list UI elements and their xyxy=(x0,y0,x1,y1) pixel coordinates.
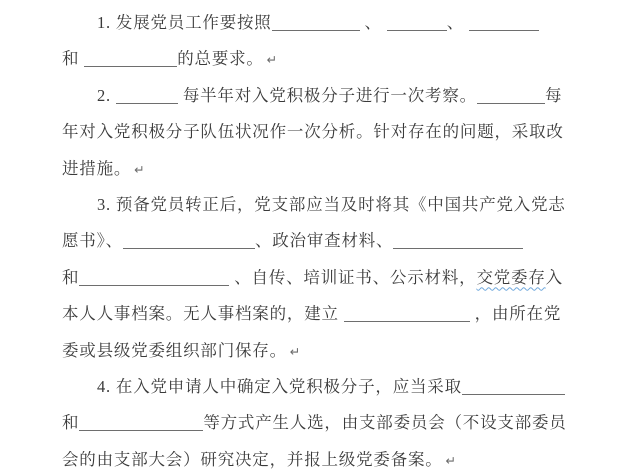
text-run: 会的由支部大会）研究决定，并报上级党委备案。 xyxy=(62,450,443,469)
document-line: 进措施。↵ xyxy=(62,151,564,187)
text-run: 和 xyxy=(62,49,84,68)
text-run: 等方式产生人选，由支部委员会（不设支部委员 xyxy=(203,413,566,432)
text-run: 和 xyxy=(62,268,79,287)
paragraph-mark-icon: ↵ xyxy=(290,344,300,359)
text-run: 4. 在入党申请人中确定入党积极分子，应当采取 xyxy=(97,377,462,396)
paragraph-mark-icon: ↵ xyxy=(267,52,277,67)
text-run: 、政治审查材料、 xyxy=(255,231,393,250)
fill-in-blank[interactable] xyxy=(123,246,255,249)
fill-in-blank[interactable] xyxy=(469,28,539,31)
document-line: 1. 发展党员工作要按照 、 、 xyxy=(62,5,599,41)
fill-in-blank[interactable] xyxy=(387,28,447,31)
text-run: 愿书》、 xyxy=(62,231,123,250)
text-run: 、自传、培训证书、公示材料， xyxy=(229,268,476,287)
text-run: 、 xyxy=(360,13,387,32)
document-line: 2. 每半年对入党积极分子进行一次考察。每 xyxy=(62,78,599,114)
document-line: 和 的总要求。↵ xyxy=(62,41,564,77)
text-run: 和 xyxy=(62,413,79,432)
text-run: 年对入党积极分子队伍状况作一次分析。针对存在的问题，采取改 xyxy=(62,122,564,141)
document-page: 1. 发展党员工作要按照 、 、 和 的总要求。↵2. 每半年对入党积极分子进行… xyxy=(0,0,639,476)
document-line: 本人人事档案。无人事档案的，建立 ，由所在党 xyxy=(62,296,564,332)
text-run: 进措施。 xyxy=(62,159,131,178)
document-line: 委或县级党委组织部门保存。↵ xyxy=(62,333,564,369)
text-run: 入 xyxy=(546,268,563,287)
text-run: 本人人事档案。无人事档案的，建立 xyxy=(62,304,344,323)
text-run: 每半年对入党积极分子进行一次考察。 xyxy=(178,86,477,105)
paragraph-mark-icon: ↵ xyxy=(446,453,456,468)
fill-in-blank[interactable] xyxy=(79,283,229,286)
document-line: 3. 预备党员转正后，党支部应当及时将其《中国共产党入党志 xyxy=(62,187,599,223)
fill-in-blank[interactable] xyxy=(344,319,470,322)
document-line: 4. 在入党申请人中确定入党积极分子，应当采取 xyxy=(62,369,599,405)
text-run: 的总要求。 xyxy=(177,49,264,68)
fill-in-blank[interactable] xyxy=(84,64,177,67)
text-run: 2. xyxy=(97,86,116,105)
text-run: 1. 发展党员工作要按照 xyxy=(97,13,272,32)
text-run: 每 xyxy=(545,86,562,105)
fill-in-blank[interactable] xyxy=(393,246,523,249)
fill-in-blank[interactable] xyxy=(272,28,360,31)
document-line: 年对入党积极分子队伍状况作一次分析。针对存在的问题，采取改 xyxy=(62,114,564,150)
document-line: 愿书》、、政治审查材料、 xyxy=(62,223,564,259)
document-line: 会的由支部大会）研究决定，并报上级党委备案。↵ xyxy=(62,442,564,476)
text-run: 委或县级党委组织部门保存。 xyxy=(62,341,287,360)
spellcheck-flagged-text: 交党委存 xyxy=(476,268,545,287)
text-run: 、 xyxy=(447,13,469,32)
fill-in-blank[interactable] xyxy=(79,428,203,431)
text-run: ，由所在党 xyxy=(470,304,561,323)
document-line: 和 、自传、培训证书、公示材料，交党委存入 xyxy=(62,260,564,296)
fill-in-blank[interactable] xyxy=(462,392,565,395)
fill-in-blank[interactable] xyxy=(477,101,545,104)
paragraph-mark-icon: ↵ xyxy=(134,162,144,177)
fill-in-blank[interactable] xyxy=(116,101,178,104)
text-run: 3. 预备党员转正后，党支部应当及时将其《中国共产党入党志 xyxy=(97,195,566,214)
document-line: 和等方式产生人选，由支部委员会（不设支部委员 xyxy=(62,405,564,441)
